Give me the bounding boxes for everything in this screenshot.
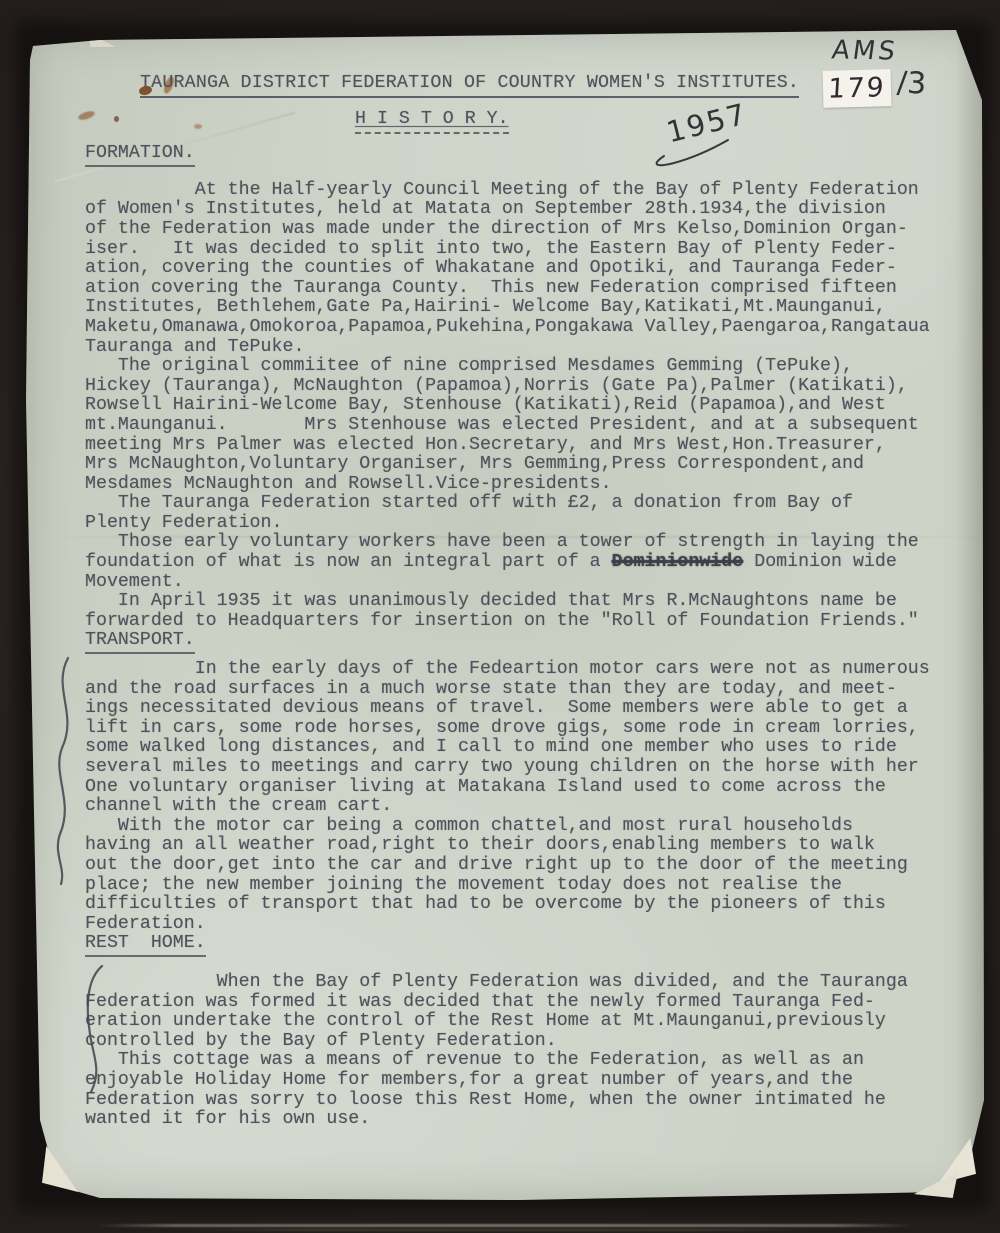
paragraph: This cottage was a means of revenue to t…: [85, 1051, 981, 1129]
section-heading-row: TRANSPORT.: [85, 631, 981, 654]
strikethrough-line: foundation of what is now an integral pa…: [85, 553, 981, 573]
paragraph: At the Half-yearly Council Meeting of th…: [85, 181, 981, 357]
document-title: TAURANGA DISTRICT FEDERATION OF COUNTRY …: [140, 74, 799, 98]
section-heading-row: FORMATION.: [85, 144, 981, 167]
formation-heading: FORMATION.: [85, 144, 195, 167]
paragraph-with-strikethrough: Those early voluntary workers have been …: [85, 533, 981, 592]
paragraph: The original commiitee of nine comprised…: [85, 357, 981, 494]
paragraph-line: Those early voluntary workers have been …: [85, 533, 981, 553]
paper-sheet: TAURANGA DISTRICT FEDERATION OF COUNTRY …: [22, 28, 984, 1204]
line-text: foundation of what is now an integral pa…: [85, 552, 612, 572]
margin-pen-mark-rest-home: [76, 962, 112, 1098]
scanned-document-page: { "annotations": { "initials": "AMS", "r…: [0, 0, 1000, 1233]
history-heading: H I S T O R Y.: [355, 110, 509, 135]
section-rest-home: REST HOME. When the Bay of Plenty Federa…: [85, 934, 981, 1129]
line-text: Dominion wide: [743, 552, 897, 572]
reference-number-sticker: 179: [823, 69, 892, 108]
underlying-sheet-edge: [95, 1224, 915, 1227]
history-row: H I S T O R Y.: [85, 110, 981, 135]
paragraph: With the motor car being a common chatte…: [85, 817, 981, 935]
paragraph: When the Bay of Plenty Federation was di…: [85, 973, 981, 1051]
section-transport: TRANSPORT. In the early days of the Fede…: [85, 631, 981, 934]
handwritten-initials: AMS: [830, 35, 900, 66]
paragraph: In April 1935 it was unanimously decided…: [85, 592, 981, 631]
section-formation: FORMATION. At the Half-yearly Council Me…: [85, 144, 981, 631]
rest-home-heading: REST HOME.: [85, 934, 206, 957]
paragraph-line: Movement.: [85, 573, 981, 593]
typewritten-content: TAURANGA DISTRICT FEDERATION OF COUNTRY …: [85, 74, 981, 1130]
struck-out-word: Dominionwide: [612, 552, 744, 572]
transport-heading: TRANSPORT.: [85, 631, 195, 654]
section-heading-row: REST HOME.: [85, 934, 981, 957]
underlying-sheet-edge: [180, 1229, 820, 1231]
reference-number: 179: [827, 72, 886, 105]
paragraph: The Tauranga Federation started off with…: [85, 494, 981, 533]
margin-pen-mark-transport: [48, 652, 88, 892]
year-underline-flourish: [648, 120, 768, 170]
paragraph: In the early days of the Fedeartion moto…: [85, 660, 981, 817]
reference-suffix: /3: [896, 65, 927, 101]
